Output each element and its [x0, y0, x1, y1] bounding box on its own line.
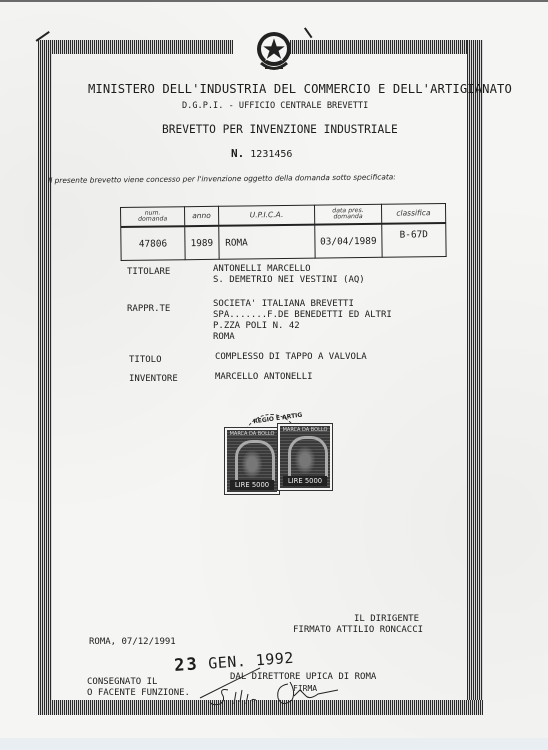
header-upica: U.P.I.C.A.: [218, 205, 315, 226]
rappresentante-label: RAPPR.TE: [127, 304, 170, 314]
header-num-domanda: num.domanda: [121, 207, 185, 227]
cell-anno: 1989: [185, 226, 219, 260]
patent-number-value: 1231456: [250, 149, 292, 160]
header-anno: anno: [185, 206, 219, 226]
cell-classifica: B-67D: [381, 223, 446, 257]
facente-funzione: O FACENTE FUNZIONE.: [87, 688, 190, 699]
revenue-stamp: MARCA DA BOLLO LIRE 5000: [278, 424, 332, 490]
border-left: [38, 40, 52, 715]
border-top-left: [38, 40, 233, 54]
patent-number-prefix: N.: [231, 147, 244, 160]
scan-top-edge: [0, 0, 548, 2]
place-date: ROMA, 07/12/1991: [89, 637, 176, 648]
header-data-pres: data pres.domanda: [315, 204, 382, 224]
stamp-value: LIRE 5000: [283, 476, 327, 486]
titolo-value: COMPLESSO DI TAPPO A VALVOLA: [215, 352, 367, 363]
titolare-value: ANTONELLI MARCELLO S. DEMETRIO NEI VESTI…: [213, 264, 365, 286]
dirigente-signed: FIRMATO ATTILIO RONCACCI: [293, 625, 423, 636]
patent-certificate-page: MINISTERO DELL'INDUSTRIA DEL COMMERCIO E…: [0, 0, 548, 750]
application-table: num.domanda anno U.P.I.C.A. data pres.do…: [120, 203, 447, 261]
cell-upica: ROMA: [218, 225, 315, 260]
rappresentante-value: SOCIETA' ITALIANA BREVETTI SPA.......F.D…: [213, 299, 392, 343]
border-top-right: [290, 40, 482, 54]
inventore-value: MARCELLO ANTONELLI: [215, 372, 313, 383]
titolare-label: TITOLARE: [127, 267, 170, 277]
italian-republic-emblem-icon: [255, 30, 293, 74]
stamp-value: LIRE 5000: [230, 480, 274, 490]
intro-sentence: Il presente brevetto viene concesso per …: [48, 172, 396, 185]
cell-data-pres: 03/04/1989: [315, 224, 382, 258]
revenue-stamps: REGIO E ARTIG MARCA DA BOLLO LIRE 5000 M…: [225, 418, 331, 496]
dirigente-title: IL DIRIGENTE: [354, 614, 419, 625]
office-subheading: D.G.P.I. - UFFICIO CENTRALE BREVETTI: [182, 101, 368, 111]
cell-num-domanda: 47806: [121, 226, 185, 260]
document-title: BREVETTO PER INVENZIONE INDUSTRIALE: [162, 123, 398, 136]
consegnato-label: CONSEGNATO IL: [87, 677, 157, 688]
handwritten-signature: [190, 660, 350, 710]
border-right-inner: [467, 40, 483, 715]
patent-number: N. 1231456: [231, 147, 292, 160]
revenue-stamp: MARCA DA BOLLO LIRE 5000: [225, 428, 279, 494]
titolo-label: TITOLO: [129, 355, 162, 365]
table-row: 47806 1989 ROMA 03/04/1989 B-67D: [121, 223, 446, 260]
header-classifica: classifica: [381, 204, 445, 224]
inventore-label: INVENTORE: [129, 374, 178, 384]
scan-mark: [304, 27, 312, 38]
ministry-heading: MINISTERO DELL'INDUSTRIA DEL COMMERCIO E…: [88, 82, 512, 96]
scan-bottom-edge: [0, 738, 548, 750]
